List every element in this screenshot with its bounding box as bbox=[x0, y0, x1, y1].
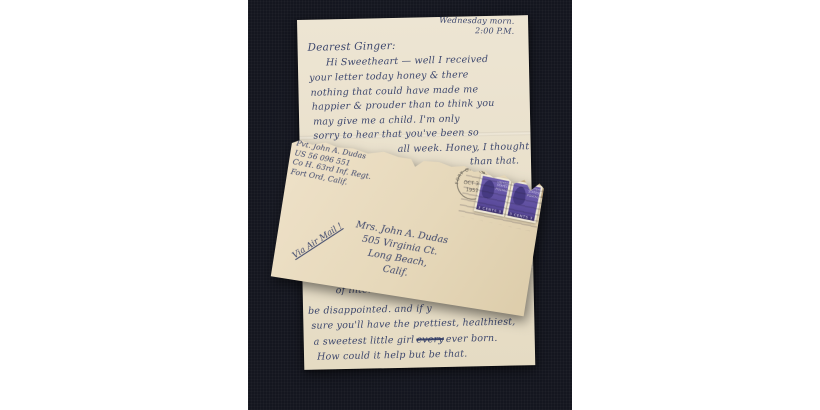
letter-line: sorry to hear that you've been so bbox=[313, 127, 479, 141]
return-address: Pvt. John A. Dudas US 56 096 551 Co H. 6… bbox=[290, 138, 375, 190]
letter-line: happier & prouder than to think you bbox=[312, 98, 495, 113]
red-mark bbox=[487, 171, 490, 174]
letter-salutation: Dearest Ginger: bbox=[307, 40, 395, 54]
letter-line: may give me a child. I'm only bbox=[313, 114, 460, 128]
letter-line: Hi Sweetheart — well I received bbox=[326, 54, 489, 68]
page-background: Wednesday morn. 2:00 P.M. Dearest Ginger… bbox=[0, 0, 820, 410]
letter-line-fragment: ever born. bbox=[446, 333, 498, 345]
letter-photo: Wednesday morn. 2:00 P.M. Dearest Ginger… bbox=[248, 0, 572, 410]
letter-line: be disappointed. and if y bbox=[308, 303, 432, 317]
letter-line: sure you'll have the prettiest, healthie… bbox=[311, 316, 515, 331]
letter-line: a sweetest little girleveryever born. bbox=[314, 333, 498, 348]
letter-dateline: Wednesday morn. 2:00 P.M. bbox=[439, 16, 515, 37]
dateline-time: 2:00 P.M. bbox=[439, 26, 514, 37]
dateline-day: Wednesday morn. bbox=[439, 16, 514, 27]
letter-line: all week. Honey, I thought bbox=[398, 141, 530, 155]
letter-line: How could it help but be that. bbox=[317, 349, 468, 363]
letter-line-fragment: a sweetest little girl bbox=[314, 335, 415, 348]
letter-line: your letter today honey & there bbox=[309, 69, 468, 83]
letter-line: nothing that could have made me bbox=[310, 84, 478, 99]
cancellation-lines bbox=[458, 175, 545, 233]
crossed-out-word: every bbox=[416, 334, 444, 346]
